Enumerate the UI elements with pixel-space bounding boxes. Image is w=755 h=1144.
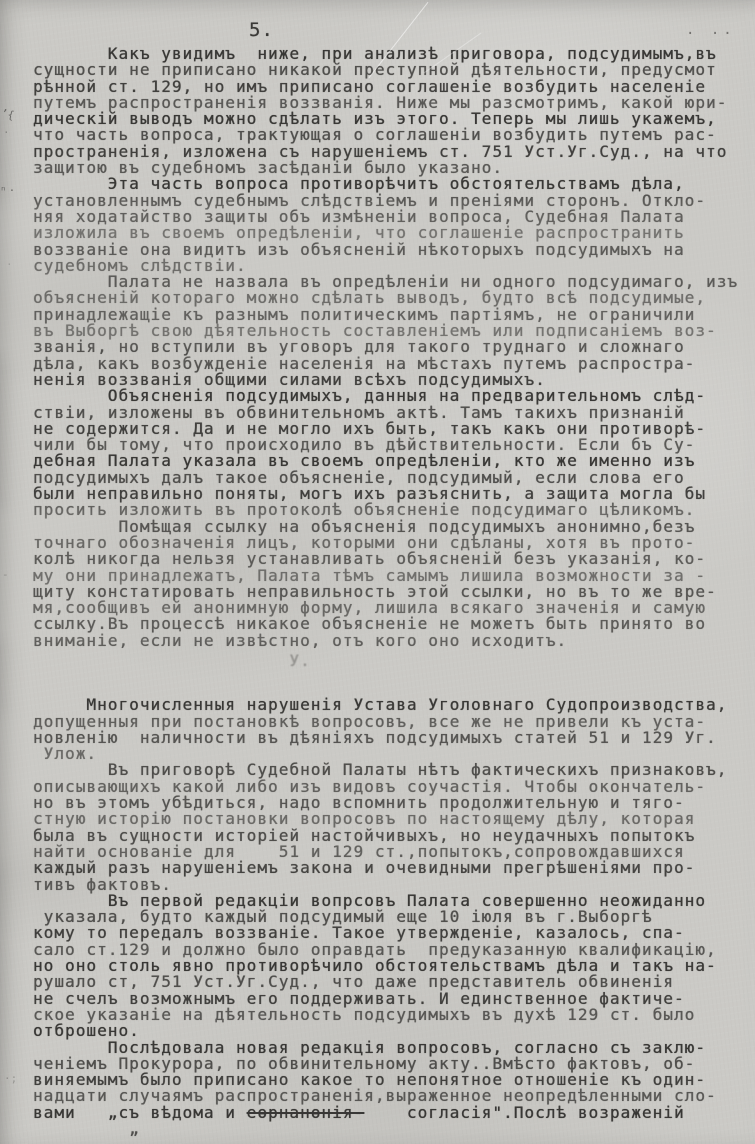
text-line: вниманіе, если не извѣстно, отъ кого оно…	[33, 633, 745, 649]
page-number: 5.	[249, 19, 274, 41]
paragraph: Многочисленныя нарушенія Устава Уголовна…	[33, 697, 745, 762]
paragraph: Въ первой редакціи вопрсовъ Палата совер…	[33, 893, 745, 1040]
struck-out-word: еѳрнанѳнія-	[247, 1103, 365, 1122]
scan-artifact: ⁿ·	[0, 184, 17, 197]
paragraph: Объясненія подсудимыхъ, данныя на предва…	[33, 388, 745, 518]
scan-artifact: ·	[6, 258, 13, 271]
paragraph: Послѣдовала новая редакція вопросовъ, со…	[33, 1040, 745, 1138]
paragraph: Какъ увидимъ ниже, при анализѣ приговора…	[33, 46, 745, 176]
paragraph: Палата не назвала въ опредѣленіи ни одно…	[33, 274, 745, 388]
paragraph: Эта часть вопроса противорѣчитъ обстояте…	[33, 176, 745, 274]
paragraph: Помѣщая ссылку на объясненія подсудимыхъ…	[33, 519, 745, 649]
text-line: У.	[33, 653, 745, 669]
text-line: „	[33, 1121, 745, 1137]
paragraph: Въ приговорѣ Судебной Палаты нѣтъ фактич…	[33, 762, 745, 892]
text-line: новленію наличности въ дѣяніяхъ подсудим…	[33, 730, 745, 746]
document-body: Какъ увидимъ ниже, при анализѣ приговора…	[33, 46, 745, 1137]
section-divider: У.	[33, 653, 745, 669]
scan-artifact: ·	[3, 126, 10, 139]
scan-artifact: ʼ{	[0, 107, 15, 122]
scan-artifact: -	[2, 568, 9, 581]
scan-artifact: · ··	[686, 26, 736, 42]
scanned-page: 5. · ·· Какъ увидимъ ниже, при анализѣ п…	[0, 0, 755, 1144]
scan-artifact: ·;	[4, 1072, 17, 1085]
